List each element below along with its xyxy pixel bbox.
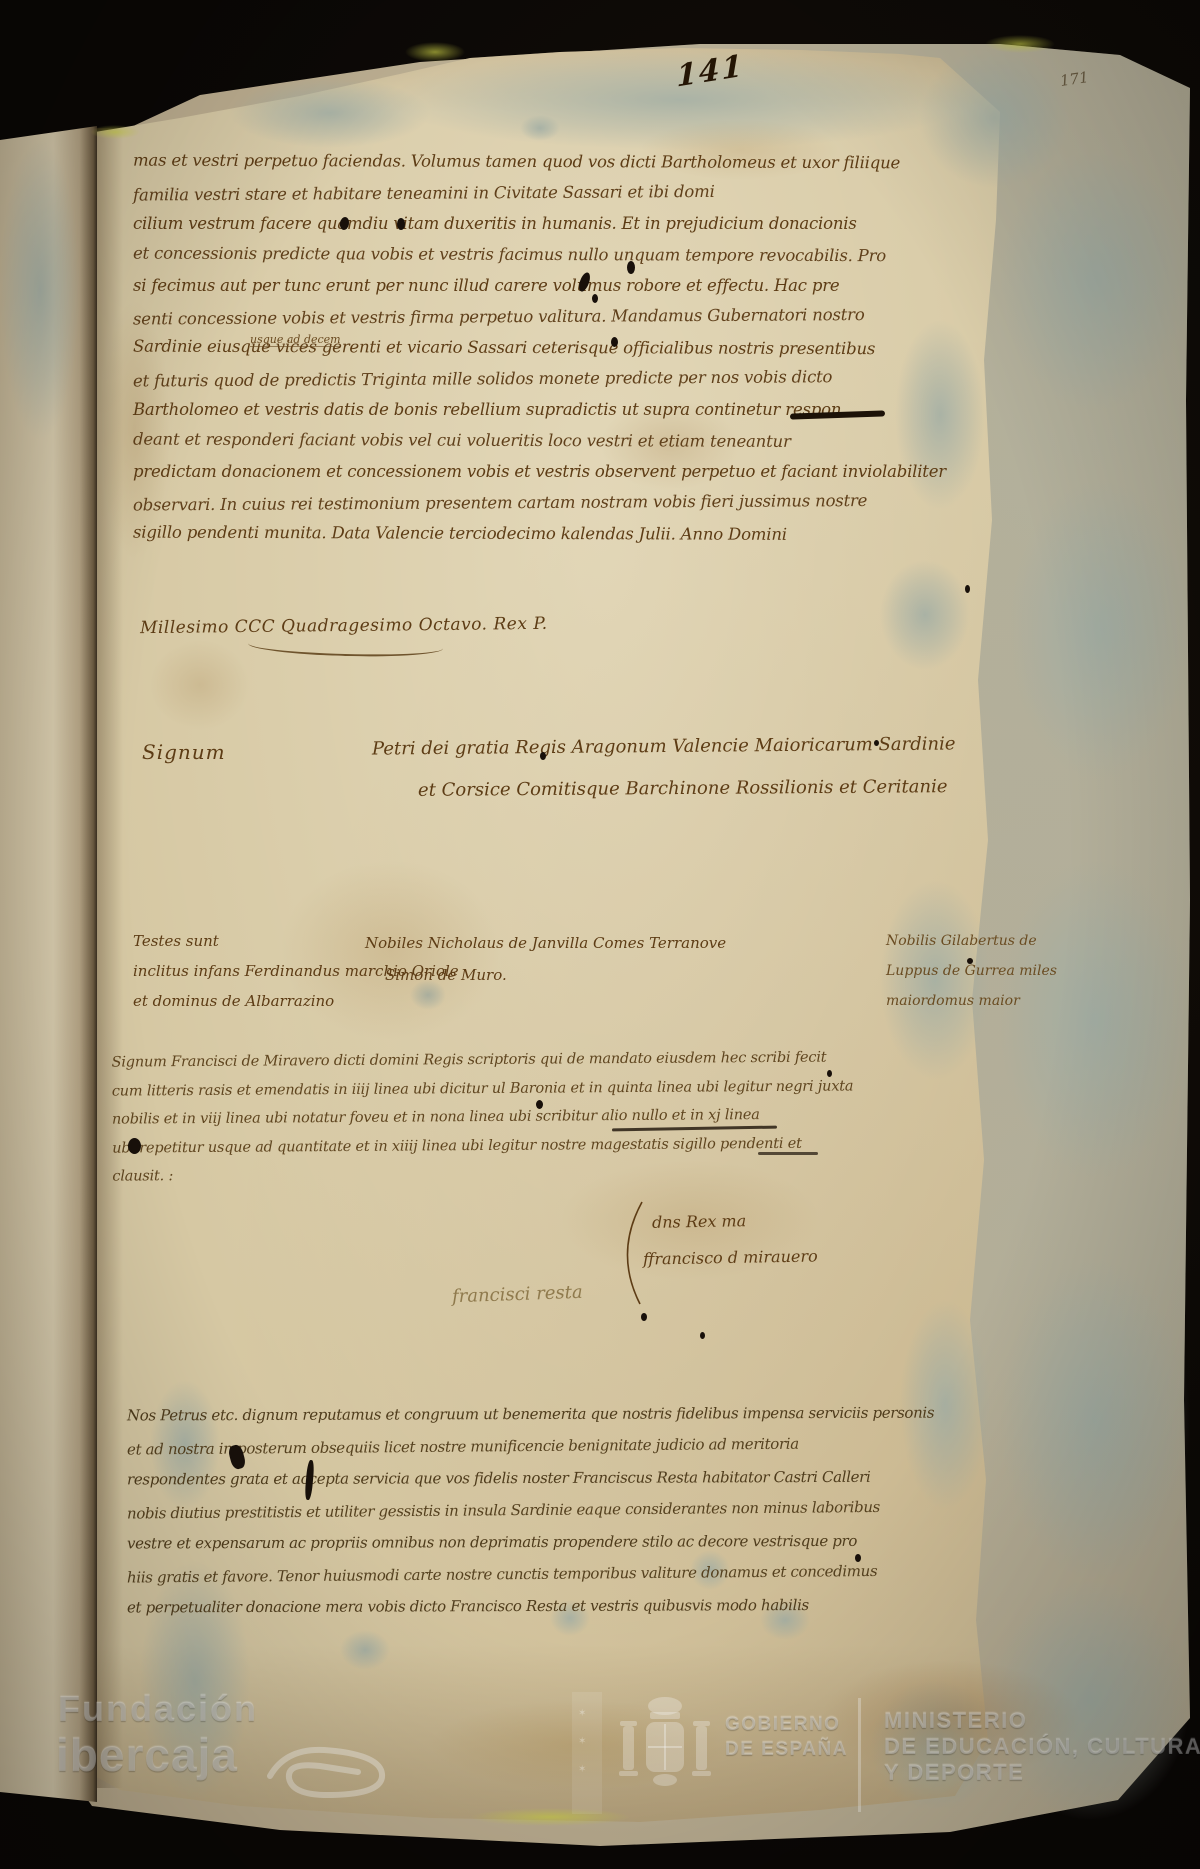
- charter-line: mas et vestri perpetuo faciendas. Volumu…: [133, 145, 946, 179]
- repair-patch: [880, 560, 970, 670]
- witness-line: Nobiles Nicholaus de Janvilla Comes Terr…: [365, 928, 726, 958]
- notarial-line: clausit. :: [112, 1157, 854, 1191]
- second-doc-line: et ad nostra imposterum obsequiis licet …: [127, 1426, 934, 1465]
- interlinear-note: usque ad decem: [250, 333, 341, 347]
- charter-line: deant et responderi faciant vobis vel cu…: [133, 424, 946, 458]
- repair-patch: [1010, 480, 1190, 780]
- repair-patch: [1000, 150, 1190, 410]
- notarial-subscription: Signum Francisci de Miravero dicti domin…: [112, 1043, 855, 1191]
- charter-line: familia vestri stare et habitare teneami…: [133, 175, 946, 211]
- charter-line: et concessionis predicte qua vobis et ve…: [133, 238, 946, 272]
- star-icon: ✶: [578, 1764, 586, 1775]
- charter-text: mas et vestri perpetuo faciendas. Volumu…: [133, 146, 946, 549]
- repair-patch: [230, 78, 430, 148]
- second-doc-line: respondentes grata et accepta servicia q…: [127, 1461, 934, 1496]
- ibercaja-logo-icon: [262, 1740, 392, 1806]
- witness-column-right: Nobilis Gilabertus de Luppus de Gurrea m…: [886, 926, 1057, 1016]
- second-doc-line: nobis diutius prestitistis et utiliter g…: [127, 1490, 934, 1529]
- ink-blot: [397, 218, 405, 230]
- ink-blot: [855, 1554, 861, 1562]
- charter-line: sigillo pendenti munita. Data Valencie t…: [133, 517, 946, 551]
- repair-patch: [520, 115, 560, 141]
- ink-underline: [758, 1152, 818, 1155]
- gobierno-line-1: GOBIERNO: [725, 1712, 848, 1737]
- gobierno-watermark: GOBIERNO DE ESPAÑA: [725, 1712, 848, 1762]
- chancery-note-line-2: ffrancisco d mirauero: [643, 1246, 818, 1268]
- signum-label: Signum: [142, 740, 226, 764]
- ministry-line-3: Y DEPORTE: [884, 1760, 1200, 1786]
- witness-line: Simon de Muro.: [385, 960, 507, 990]
- manuscript-photo: 141 171 mas et vestri perpetuo faciendas…: [0, 0, 1200, 1869]
- second-doc-line: Nos Petrus etc. dignum reputamus et cong…: [127, 1397, 934, 1432]
- gobierno-line-2: DE ESPAÑA: [725, 1737, 848, 1762]
- ministry-watermark: MINISTERIO DE EDUCACIÓN, CULTURA Y DEPOR…: [884, 1708, 1200, 1786]
- charter-line: observari. In cuius rei testimonium pres…: [133, 485, 946, 521]
- ink-blot: [641, 1313, 647, 1321]
- stain: [985, 35, 1055, 53]
- ink-blot: [540, 752, 546, 760]
- ibercaja-watermark-line-1: Fundación: [58, 1688, 258, 1730]
- ink-blot: [627, 261, 635, 274]
- ink-blot: [128, 1138, 141, 1154]
- ink-blot: [592, 294, 598, 303]
- repair-patch: [1000, 1260, 1190, 1580]
- chancery-note-line-1: dns Rex ma: [652, 1211, 747, 1232]
- charter-line: Bartholomeo et vestris datis de bonis re…: [133, 394, 946, 425]
- signum-line-2: et Corsice Comitisque Barchinone Rossili…: [418, 776, 948, 801]
- witness-line: maiordomus maior: [886, 986, 1057, 1016]
- star-icon: ✶: [578, 1736, 586, 1747]
- second-doc-line: vestre et expensarum ac propriis omnibus…: [127, 1525, 934, 1560]
- ink-blot: [827, 1070, 832, 1077]
- ink-blot: [874, 740, 879, 746]
- watermark-separator: [858, 1698, 861, 1812]
- ink-blot: [965, 585, 970, 593]
- repair-patch: [0, 140, 80, 440]
- charter-line: predictam donacionem et concessionem vob…: [133, 456, 946, 487]
- spain-coat-of-arms-icon: [608, 1692, 723, 1814]
- stain: [90, 125, 140, 139]
- stain: [470, 1808, 630, 1826]
- chancery-bracket: [612, 1198, 646, 1312]
- stain: [150, 640, 250, 730]
- stain: [405, 42, 465, 62]
- star-icon: ✶: [578, 1708, 586, 1719]
- second-document: Nos Petrus etc. dignum reputamus et cong…: [127, 1398, 934, 1622]
- ibercaja-watermark-line-2: ibercaja: [56, 1728, 238, 1782]
- ministry-line-1: MINISTERIO: [884, 1708, 1200, 1734]
- charter-date-line: Millesimo CCC Quadragesimo Octavo. Rex P…: [140, 614, 548, 638]
- second-doc-line: hiis gratis et favore. Tenor huiusmodi c…: [127, 1554, 934, 1593]
- repair-patch: [340, 1630, 390, 1670]
- ministry-line-2: DE EDUCACIÓN, CULTURA: [884, 1734, 1200, 1760]
- watermark-strip: [572, 1692, 602, 1814]
- charter-line: cilium vestrum facere quamdiu vitam duxe…: [133, 208, 946, 239]
- ink-blot: [536, 1100, 543, 1109]
- witness-line: et dominus de Albarrazino: [133, 986, 459, 1016]
- notarial-line: Signum Francisci de Miravero dicti domin…: [112, 1043, 854, 1077]
- ink-blot: [967, 958, 973, 964]
- ink-blot: [700, 1332, 705, 1339]
- witness-line: Nobilis Gilabertus de: [886, 926, 1057, 956]
- ink-blot: [611, 337, 618, 347]
- charter-line: senti concessione vobis et vestris firma…: [133, 299, 946, 335]
- second-doc-line: et perpetualiter donacione mera vobis di…: [127, 1589, 934, 1624]
- charter-line: et futuris quod de predictis Triginta mi…: [133, 361, 946, 397]
- repair-patch: [1000, 860, 1190, 1180]
- charter-line: si fecimus aut per tunc erunt per nunc i…: [133, 270, 946, 301]
- notarial-line: ubi repetitur usque ad quantitate et in …: [112, 1129, 854, 1163]
